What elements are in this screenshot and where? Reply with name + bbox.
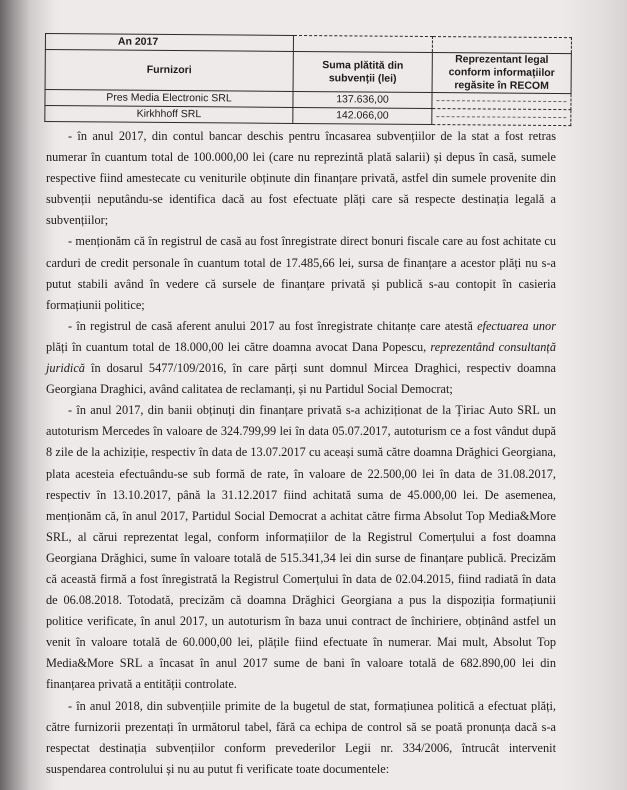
empty-dash-line bbox=[436, 116, 566, 118]
paragraph-italic-text: efectuarea unor bbox=[477, 319, 556, 333]
header-representative: Reprezentant legal conform informațiilor… bbox=[432, 53, 571, 94]
cell-supplier: Pres Media Electronic SRL bbox=[45, 90, 293, 108]
paragraph-text: în dosarul 5477/109/2016, în care părți … bbox=[46, 361, 556, 396]
paragraph-fiscal-receipts: - menționăm că în registrul de casă au f… bbox=[46, 231, 556, 315]
paragraph-text: plăți în cuantum total de 18.000,00 lei … bbox=[46, 340, 430, 354]
scanned-document-page: An 2017 Furnizori Suma plătită din subve… bbox=[0, 0, 627, 790]
empty-dash-line bbox=[436, 100, 566, 102]
cell-amount: 142.066,00 bbox=[293, 107, 432, 124]
paragraph-2018-payments: - în anul 2018, din subvențiile primite … bbox=[46, 696, 556, 780]
suppliers-table-2017: An 2017 Furnizori Suma plătită din subve… bbox=[44, 33, 572, 126]
cell-representative-empty bbox=[432, 93, 571, 110]
header-supplier: Furnizori bbox=[45, 50, 293, 92]
cell-supplier: Kirkhhoff SRL bbox=[45, 106, 293, 124]
paragraph-cash-withdrawal: - în anul 2017, din contul bancar deschi… bbox=[46, 126, 556, 231]
cell-representative-empty bbox=[432, 109, 571, 126]
paragraph-legal-consultancy: - în registrul de casă aferent anului 20… bbox=[46, 316, 556, 400]
document-body: - în anul 2017, din contul bancar deschi… bbox=[46, 126, 556, 780]
paragraph-text: - în registrul de casă aferent anului 20… bbox=[68, 319, 477, 333]
table-header-row: Furnizori Suma plătită din subvenții (le… bbox=[45, 50, 571, 94]
table-row: Kirkhhoff SRL 142.066,00 bbox=[45, 106, 571, 126]
header-amount: Suma plătită din subvenții (lei) bbox=[293, 51, 432, 92]
table-year-label: An 2017 bbox=[45, 34, 293, 52]
paragraph-mercedes-purchase: - în anul 2017, din banii obținuți din f… bbox=[46, 400, 556, 695]
table-year-blank bbox=[293, 35, 432, 52]
table-year-blank bbox=[432, 37, 571, 54]
cell-amount: 137.636,00 bbox=[293, 91, 432, 108]
